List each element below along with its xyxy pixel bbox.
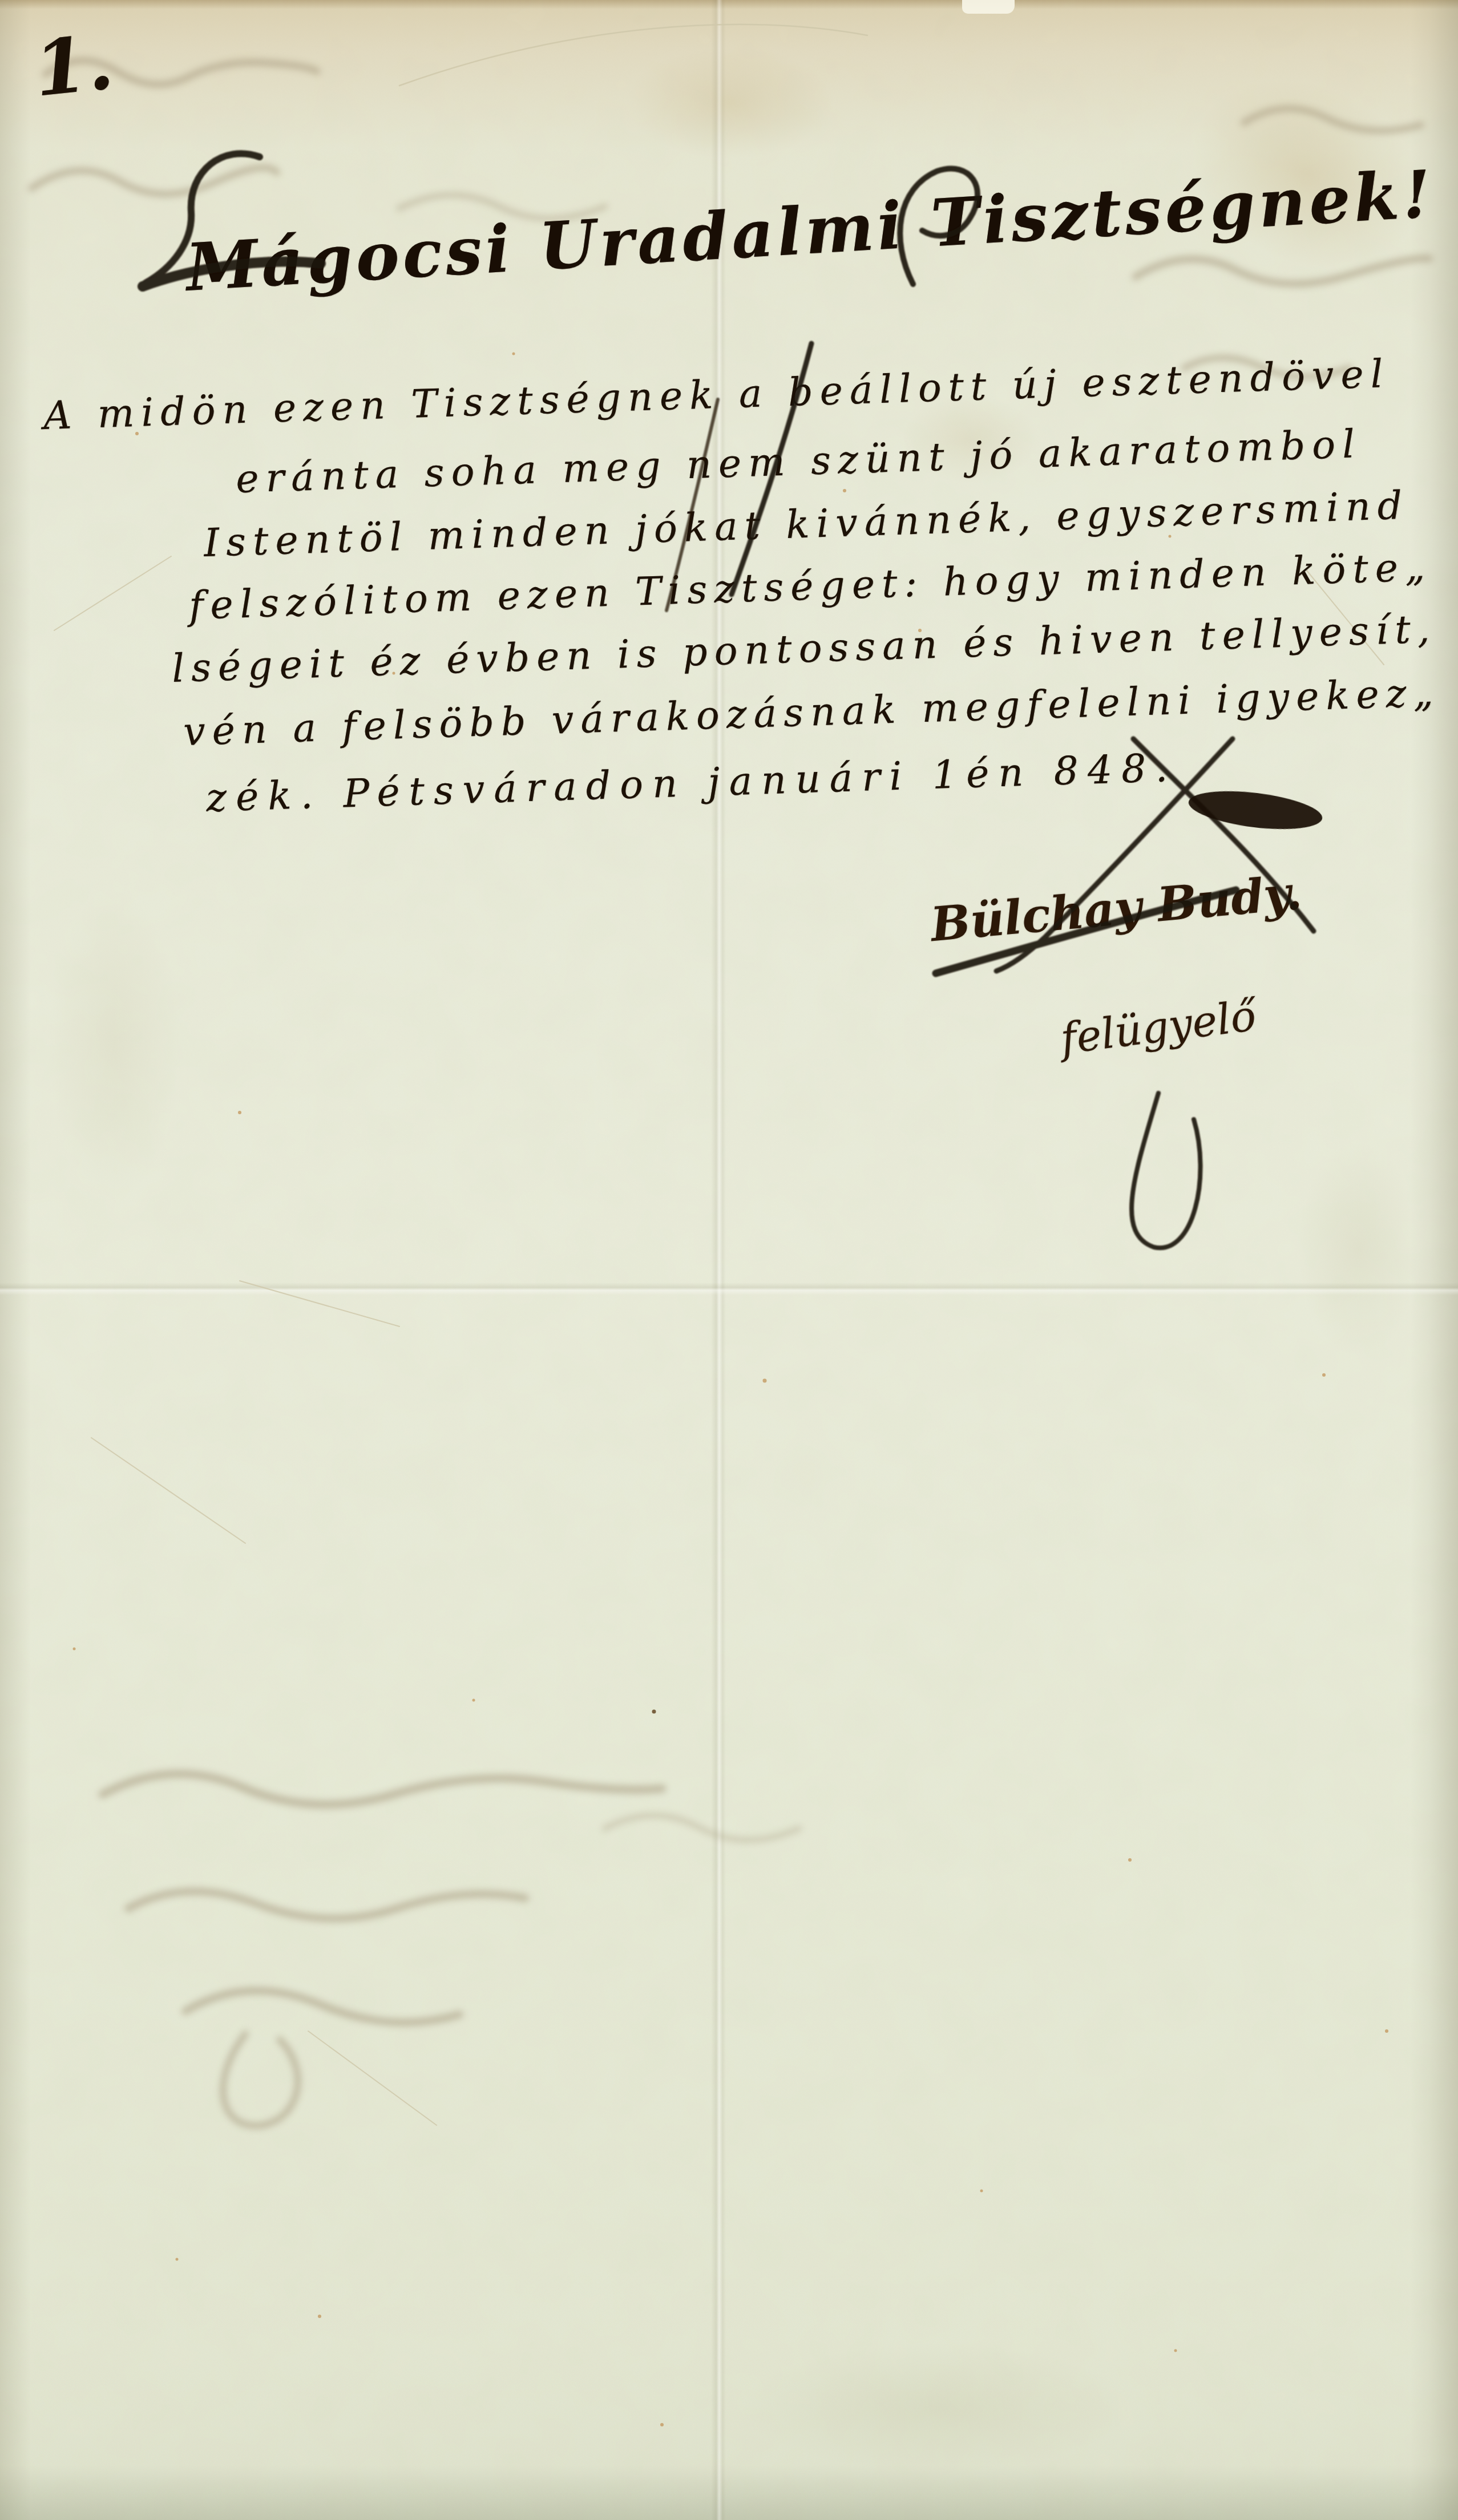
page-edge (0, 0, 1458, 9)
body-line-7-dateline: zék. Pétsváradon januári 1én 848. (205, 746, 1177, 821)
water-stain (23, 827, 205, 1261)
page-edge (0, 2465, 1458, 2520)
document-heading: Mágocsi Uradalmi Tisztségnek! (184, 155, 1436, 306)
page-edge (0, 0, 31, 2520)
ink-blot (1186, 785, 1324, 835)
water-stain (582, 23, 879, 183)
horizontal-fold-crease (0, 1283, 1458, 1295)
signature-role: felügyelő (1058, 991, 1259, 1063)
signature-name: Bülchay Budy. (928, 865, 1304, 952)
torn-edge-chip (962, 0, 1015, 14)
manuscript-page: 1. Mágocsi Uradalmi Tisztségnek! A midön… (0, 0, 1458, 2520)
page-edge (1410, 0, 1458, 2520)
folio-number: 1. (30, 18, 117, 114)
